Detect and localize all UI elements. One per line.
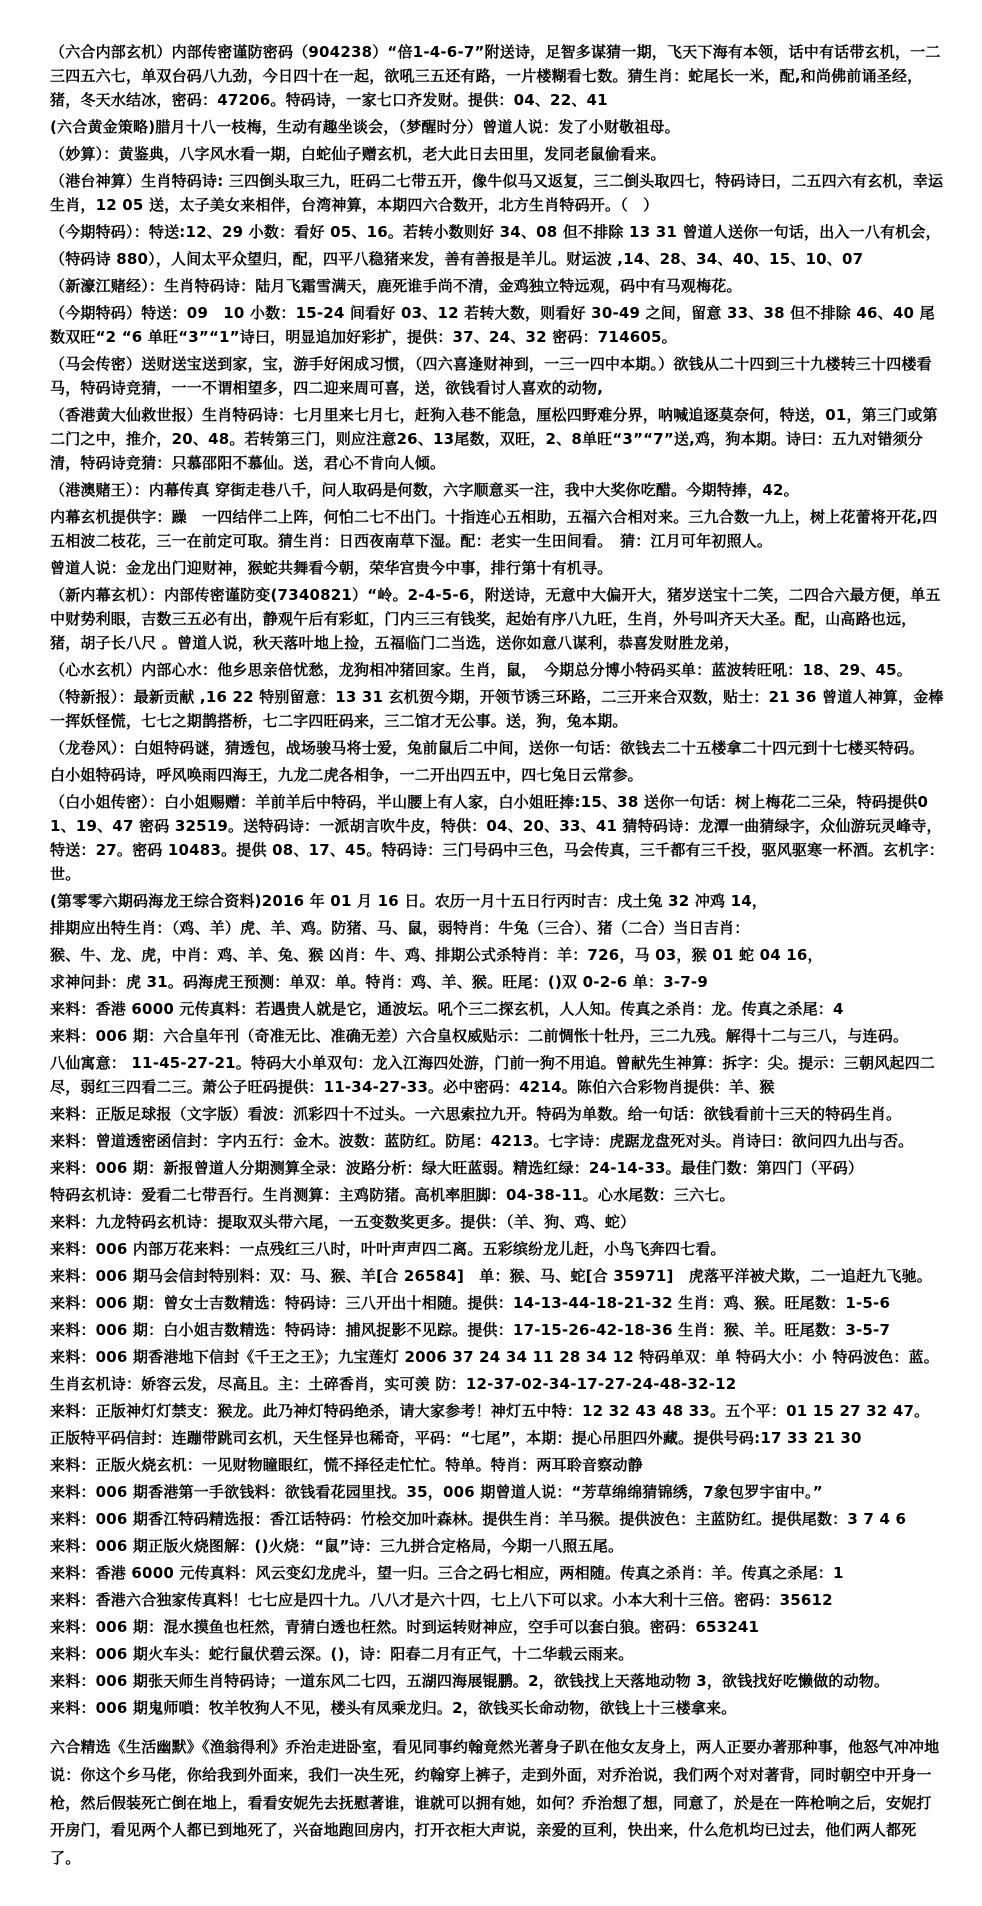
paragraph: （港台神算）生肖特码诗: 三四倒头取三九，旺码二七带五开，像牛似马又返复，三二倒… <box>50 169 944 217</box>
paragraph: 来料：香港 6000 元传真料：若遇贵人就是它，通波坛。吼个三二探玄机，人人知。… <box>50 997 944 1021</box>
paragraph: 来料：九龙特码玄机诗：提取双头带六尾，一五变数奖更多。提供：（羊、狗、鸡、蛇） <box>50 1210 944 1234</box>
paragraph: （今期特码）特送：09 10 小数：15-24 间看好 03、12 若转大数，则… <box>50 301 944 349</box>
paragraph: 来料：正版足球报（文字版）看波：沠彩四十不过头。一六思索拉九开。特码为单数。给一… <box>50 1102 944 1126</box>
paragraph: 来料：006 期：曾女士吉数精选：特码诗：三八开出十相随。提供：14-13-44… <box>50 1291 944 1315</box>
paragraph: 来料：006 期马会信封特别料：双：马、猴、羊[合 26584] 单：猴、马、蛇… <box>50 1264 944 1288</box>
paragraph: （特码诗 880），人间太平众望归，配，四平八稳猪来发，善有善报是羊儿。财运波 … <box>50 247 944 271</box>
paragraph: 来料：正版火烧玄机：一见财物瞳眼红，慌不择径走忙忙。特单。特肖：两耳聆音察动静 <box>50 1453 944 1477</box>
paragraph: 来料：正版神灯灯禁支：猴龙。此乃神灯特码绝杀，请大家参考！神灯五中特：12 32… <box>50 1399 944 1423</box>
paragraph: （港澳赌王）：内幕传真 穿街走巷八千，问人取码是何数，六字顺意买一注，我中大奖你… <box>50 478 944 502</box>
paragraph: 曾道人说：金龙出门迎财神，猴蛇共舞看今朝，荣华宫贵今中事，排行第十有机寻。 <box>50 556 944 580</box>
paragraph: 来料：006 期：混水摸鱼也枉然，青猜白透也枉然。时到运转财神应，空手可以套白狼… <box>50 1615 944 1639</box>
paragraph: 特码玄机诗：爱看二七带吾行。生肖测算：主鸡防猪。高机率胆脚：04-38-11。心… <box>50 1183 944 1207</box>
paragraph: 来料：006 期：白小姐吉数精选：特码诗：捕风捉影不见踪。提供：17-15-26… <box>50 1318 944 1342</box>
paragraph: 来料：006 期香港第一手欲钱料：欲钱看花园里找。35，006 期曾道人说：“芳… <box>50 1480 944 1504</box>
paragraph: 求神问卦：虎 31。码海虎王预测：单双：单。特肖：鸡、羊、猴。旺尾：()双 0-… <box>50 970 944 994</box>
paragraph: 白小姐特码诗，呼风唤雨四海王，九龙二虎各相争，一二开出四五中，四七兔日云常参。 <box>50 763 944 787</box>
paragraph: 来料：006 期：六合皇年刊（奇准无比、准确无差）六合皇权威贴示：二前惆怅十牡丹… <box>50 1024 944 1048</box>
paragraph: 正版特平码信封：连蹦带跳司玄机，天生怪异也稀奇，平码：“七尾”，本期：提心吊胆四… <box>50 1426 944 1450</box>
paragraph: (六合黄金策略)腊月十八一枝梅，生动有趣坐谈会，（梦醒时分）曾道人说：发了小财敬… <box>50 115 944 139</box>
document-page: （六合内部玄机）内部传密谨防密码（904238）“倍1-4-6-7”附送诗，足智… <box>0 0 982 1906</box>
paragraph: 生肖玄机诗：娇容云发，尽高且。主：土碎香肖，实可羡 防：12-37-02-34-… <box>50 1372 944 1396</box>
paragraph: 来料：曾道透密函信封：字内五行：金木。波数：蓝防红。防尾：4213。七字诗：虎踞… <box>50 1129 944 1153</box>
document-body: （六合内部玄机）内部传密谨防密码（904238）“倍1-4-6-7”附送诗，足智… <box>50 40 944 1873</box>
paragraph: 来料：006 期正版火烧图解：()火烧：“鼠”诗：三九拼合定格局，今期一八照五尾… <box>50 1534 944 1558</box>
paragraph: 来料：006 期香港地下信封《千王之王》；九宝莲灯 2006 37 24 34 … <box>50 1345 944 1369</box>
paragraph: 八仙寓意： 11-45-27-21。特码大小单双句：龙入江海四处游，门前一狗不用… <box>50 1051 944 1099</box>
paragraph: 排期应出特生肖：（鸡、羊）虎、羊、鸡。防猪、马、鼠，弱特肖：牛兔（三合）、猪（二… <box>50 916 944 940</box>
paragraph: （六合内部玄机）内部传密谨防密码（904238）“倍1-4-6-7”附送诗，足智… <box>50 40 944 112</box>
paragraph: (第零零六期码海龙王综合资料)2016 年 01 月 16 日。农历一月十五日行… <box>50 889 944 913</box>
paragraph: 来料：006 内部万花来料：一点残红三八时，叶叶声声四二离。五彩缤纷龙儿赶，小鸟… <box>50 1237 944 1261</box>
paragraph: 六合精选《生活幽默》《渔翁得利》乔治走进卧室，看见同事约翰竟然光著身子趴在他女友… <box>50 1734 944 1873</box>
paragraph: 来料：006 期张天师生肖特码诗；一道东风二七四，五湖四海展锟鹏。2，欲钱找上天… <box>50 1669 944 1693</box>
paragraph: （今期特码）：特送:12、29 小数：看好 05、16。若转小数则好 34、08… <box>50 220 944 244</box>
paragraph: 来料：香港 6000 元传真料：风云变幻龙虎斗，望一归。三合之码七相应，两相随。… <box>50 1561 944 1585</box>
paragraph: 来料：006 期：新报曾道人分期测算全录：波路分析：绿大旺蓝弱。精选红绿：24-… <box>50 1156 944 1180</box>
paragraph: （马会传密）送财送宝送到家，宝，游手好闲成习惯，（四六喜逢财神到，一三一四中本期… <box>50 352 944 400</box>
paragraph: （香港黄大仙救世报）生肖特码诗：七月里来七月七，赶狗入巷不能急，厘松四野难分界，… <box>50 403 944 475</box>
paragraph: （妙算）：黄鉴典，八字风水看一期，白蛇仙子赠玄机，老大此日去田里，发同老鼠偷看来… <box>50 142 944 166</box>
paragraph: 内幕玄机提供字：躁 一四结伴二上阵，何怕二七不出门。十指连心五相助，五福六合相对… <box>50 505 944 553</box>
paragraph: （白小姐传密）：白小姐赐赠：羊前羊后中特码，半山腰上有人家，白小姐旺捧:15、3… <box>50 790 944 886</box>
paragraph: （新内幕玄机）：内部传密谨防变(7340821）“岭。2-4-5-6，附送诗，无… <box>50 583 944 655</box>
paragraph: （心水玄机）内部心水：他乡思亲倍忧愁，龙狗相冲猪回家。生肖，鼠， 今期总分博小特… <box>50 658 944 682</box>
paragraph: （新濠江赌经）：生肖特码诗：陆月飞霜雪满天，鹿死谁手尚不清，金鸡独立特远观，码中… <box>50 274 944 298</box>
paragraph: 来料：006 期香江特码精选报：香江话特码：竹桧交加叶森林。提供生肖：羊马猴。提… <box>50 1507 944 1531</box>
paragraph: （特新报）：最新贡献 ,16 22 特别留意：13 31 玄机贺今期，开领节诱三… <box>50 685 944 733</box>
paragraph: 来料：006 期火车头：蛇行鼠伏碧云深。()，诗：阳春二月有正气，十二华载云雨来… <box>50 1642 944 1666</box>
paragraph: 猴、牛、龙、虎，中肖：鸡、羊、兔、猴 凶肖：牛、鸡、排期公式杀特肖：羊：726，… <box>50 943 944 967</box>
paragraph: 来料：香港六合独家传真料！七七应是四十九。八八才是六十四，七上八下可以求。小本大… <box>50 1588 944 1612</box>
paragraph: （龙卷风）：白姐特码谜，猜透包，战场骏马将士爱，兔前鼠后二中间，送你一句话：欲钱… <box>50 736 944 760</box>
paragraph: 来料：006 期鬼师嗩：牧羊牧狗人不见，楼头有凤乘龙归。2，欲钱买长命动物，欲钱… <box>50 1696 944 1720</box>
